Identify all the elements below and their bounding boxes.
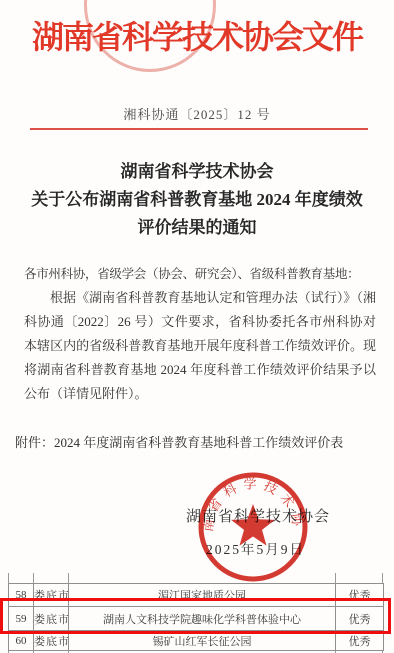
document-title-line3: 评价结果的通知 xyxy=(0,214,394,242)
document-page: 湖南省科学技术协会文件 湘科协通〔2025〕12 号 湖南省科学技术协会 关于公… xyxy=(0,0,394,653)
document-title-line1: 湖南省科学技术协会 xyxy=(0,158,394,186)
document-title-line2: 关于公布湖南省科普教育基地 2024 年度绩效 xyxy=(0,186,394,214)
document-number: 湘科协通〔2025〕12 号 xyxy=(0,104,394,123)
body-paragraph: 根据《湖南省科普教育基地认定和管理办法（试行）》（湘科协通〔2022〕26 号）… xyxy=(24,286,376,406)
table-gridline xyxy=(68,573,69,583)
highlight-box xyxy=(0,598,391,634)
table-gridline xyxy=(335,573,336,583)
official-seal-icon: 湖南省科学技术协会 xyxy=(196,470,310,584)
seal-star-icon xyxy=(231,504,275,546)
table-gridline xyxy=(33,573,34,583)
table-gridline xyxy=(382,573,383,583)
attachment-line: 附件：2024 年度湖南省科普教育基地科普工作绩效评价表 xyxy=(15,432,343,451)
salutation-text: 各市州科协，省级学会（协会、研究会）、省级科普教育基地： xyxy=(24,262,376,286)
document-body: 各市州科协，省级学会（协会、研究会）、省级科普教育基地： 根据《湖南省科普教育基… xyxy=(24,262,376,406)
red-divider xyxy=(30,128,368,130)
document-title: 湖南省科学技术协会 关于公布湖南省科普教育基地 2024 年度绩效 评价结果的通… xyxy=(0,158,394,242)
table-gridline xyxy=(8,573,9,583)
document-masthead: 湖南省科学技术协会文件 xyxy=(0,12,394,58)
